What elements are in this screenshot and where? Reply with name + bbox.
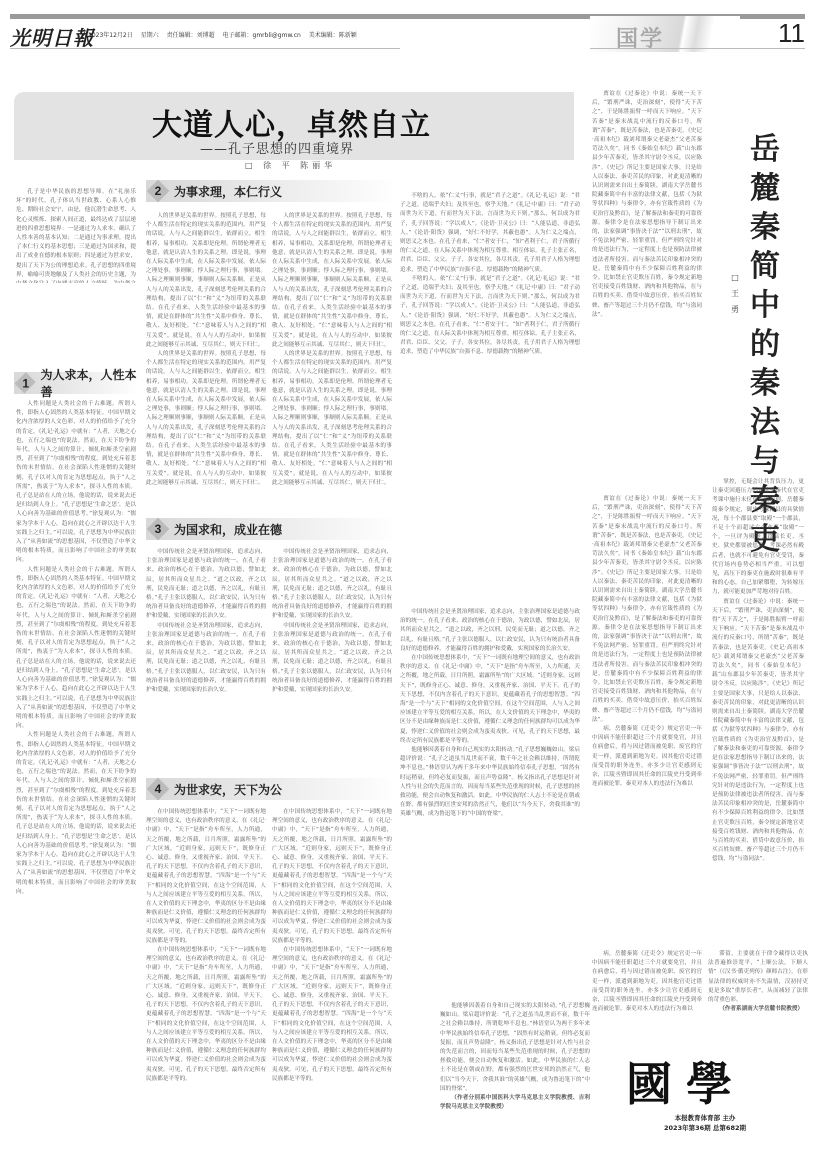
masthead-rule	[10, 48, 400, 49]
colophon-host: 本报教育体育部 主办	[640, 1113, 770, 1123]
issue-date: 2023年12月2日	[88, 32, 133, 39]
section-number-badge: 3	[147, 518, 170, 541]
section-2-text-a: 人的世界是关系的世界。按照孔子思想，每个人都生活在特定的现实关系的范围内。用严复…	[146, 212, 266, 508]
responsible-editor: 责任编辑：刘博超	[167, 32, 215, 39]
section-paragraph: 在中国传统思想体系中，“天下”一词既有地理空间的意义，也有政治秩序的意义。在《礼…	[272, 808, 392, 946]
section-title: 为世求安，天下为公	[174, 781, 282, 798]
newspaper-logo: 光明日報	[10, 22, 94, 51]
art-editor: 美术编辑：陈新颖	[309, 32, 357, 39]
side-article-col2: 掌控，无疑会让其背负压力，更让秦吏回避压力的可能是秦代在官吏考课中施行末位惩处的…	[712, 478, 804, 968]
section-paragraph: 人的世界是关系的世界。按照孔子思想，每个人都生活在特定的现实关系的范围内。用严复…	[272, 350, 392, 488]
masthead-meta: 2023年12月2日 星期六 责任编辑：刘博超 电子邮箱：gmrbli@gmw.…	[88, 30, 363, 39]
article-paragraph: 在中国传统思想体系中，“天下”一词既有地理空间的意义，也有政治秩序的意义。在《礼…	[400, 654, 580, 746]
main-article-byline: □ 徐 平 陈丽华	[245, 160, 336, 171]
section-paragraph: 人的世界是关系的世界。按照孔子思想，每个人都生活在特定的现实关系的范围内。用严复…	[146, 212, 266, 350]
section-heading-3: 3 为国求和，成业在德	[146, 518, 396, 540]
main-article-col4-mid: 中国传统社会是圣贤治理国家，追求志向，主张治理国家是道德与政治的统一。在孔子看来…	[400, 608, 580, 1018]
issue-weekday: 星期六	[141, 32, 159, 39]
article-paragraph: 他能够因袭着自身和自己现实的太阳转动。”孔子思想巍巍如山。梁启超评价说：“孔子之…	[400, 746, 580, 820]
side-article-col1-cont: 贾谊在《过秦论》中说：秦统一天下后，“繁刑严诛，吏治深刻”，使得“天下苦之”，于…	[592, 495, 702, 965]
section-paragraph: 人性问题是人类社会的千古难题。所谓人性，即指人心固然的人类基本特征。中国早期文化…	[16, 400, 136, 566]
main-author-note: （作者分别系中国医科大学马克思主义学院教授、吉利学院马克思主义学院教授）	[440, 1094, 590, 1112]
article-paragraph: 他能够因袭着自身和自己现实的太阳转动。”孔子思想巍巍如山。梁启超评价说：“孔子之…	[440, 1002, 590, 1094]
editor-email: 电子邮箱：gmrbli@gmw.cn	[223, 32, 301, 39]
section-paragraph: 在中国传统思想体系中，“天下”一词既有地理空间的意义，也有政治秩序的意义。在《礼…	[146, 808, 266, 946]
side-article-paragraph: 贾谊在《过秦论》中说：秦统一天下后，“繁刑严诛，吏治深刻”，使得“天下苦之”，于…	[592, 90, 702, 320]
section-title: 为人求本，人性本善	[40, 366, 138, 400]
article-paragraph: 中国传统社会是圣贤治理国家，追求志向，主张治理国家是道德与政治的统一。在孔子看来…	[400, 608, 580, 654]
section-2-text-b: 人的世界是关系的世界。按照孔子思想，每个人都生活在特定的现实关系的范围内。用严复…	[272, 212, 392, 508]
section-paragraph: 人的世界是关系的世界。按照孔子思想，每个人都生活在特定的现实关系的范围内。用严复…	[146, 350, 266, 488]
section-number-badge: 1	[14, 372, 36, 394]
section-number-badge: 2	[147, 180, 170, 203]
section-heading-1: 1 为人求本，人性本善	[14, 372, 138, 394]
side-article-col1: 贾谊在《过秦论》中说：秦统一天下后，“繁刑严诛，吏治深刻”，使得“天下苦之”，于…	[592, 90, 702, 495]
article-paragraph: 不啥的人。依“仁义”行事，就是“君子之道”。《礼记·礼运》说：“君子之道，造端乎…	[400, 275, 580, 358]
masthead: 光明日報 2023年12月2日 星期六 责任编辑：刘博超 电子邮箱：gmrbli…	[10, 22, 805, 46]
side-article-paragraph: 病，岳麓秦简《迁吏令》规定官吏一年中因病不能任职超过三个月就要免官，并且在病愈后…	[592, 950, 702, 1014]
side-article-paragraph: 滞留，主要就在于律令藏得以吏执法普遍推崇宽平，“上顺公法，下顺人情”（《汉书·循…	[708, 950, 808, 1005]
side-article-byline: □ 王 勇	[729, 270, 741, 318]
side-article-paragraph: 掌控，无疑会让其背负压力，更让秦吏回避压力的可能是秦代在官吏考课中施行末位惩处的…	[712, 478, 804, 598]
section-3-text-b: 中国传统社会是圣贤治理国家，追求志向，主张治理国家是道德与政治的统一。在孔子看来…	[272, 548, 392, 770]
article-paragraph: 不啥的人。依“仁义”行事，就是“君子之道”。《礼记·礼运》说：“君子之道，造端乎…	[400, 192, 580, 275]
side-article-bottom-right: 滞留，主要就在于律令藏得以吏执法普遍推崇宽平，“上顺公法，下顺人情”（《汉书·循…	[708, 950, 808, 1030]
side-article-bottom-left: 病，岳麓秦简《迁吏令》规定官吏一年中因病不能任职超过三个月就要免官，并且在病愈后…	[592, 950, 702, 1030]
section-4-text-b: 在中国传统思想体系中，“天下”一词既有地理空间的意义，也有政治秩序的意义。在《礼…	[272, 808, 392, 1138]
main-article-col4-top: 不啥的人。依“仁义”行事，就是“君子之道”。《礼记·礼运》说：“君子之道，造端乎…	[400, 192, 580, 602]
section-heading-4: 4 为世求安，天下为公	[146, 778, 396, 800]
side-author-note: （作者系湖南大学岳麓书院教授）	[708, 1005, 808, 1014]
section-paragraph: 中国传统社会是圣贤治理国家，追求志向，主张治理国家是道德与政治的统一。在孔子看来…	[146, 622, 266, 696]
main-article-ending: 他能够因袭着自身和自己现实的太阳转动。”孔子思想巍巍如山。梁启超评价说：“孔子之…	[440, 1002, 590, 1127]
side-article-paragraph: 病，岳麓秦简《迁吏令》规定官吏一年中因病不能任职超过三个月就要免官，并且在病愈后…	[592, 725, 702, 789]
section-paragraph: 在中国传统思想体系中，“天下”一词既有地理空间的意义，也有政治秩序的意义。在《礼…	[272, 946, 392, 1084]
section-paragraph: 人的世界是关系的世界。按照孔子思想，每个人都生活在特定的现实关系的范围内。用严复…	[272, 212, 392, 350]
section-paragraph: 中国传统社会是圣贤治理国家，追求志向，主张治理国家是道德与政治的统一。在孔子看来…	[272, 548, 392, 622]
section-tab-decoration	[590, 16, 740, 52]
section-paragraph: 人性问题是人类社会的千古难题。所谓人性，即指人心固然的人类基本特征。中国早期文化…	[16, 731, 136, 897]
section-3-text-a: 中国传统社会是圣贤治理国家，追求志向，主张治理国家是道德与政治的统一。在孔子看来…	[146, 548, 266, 770]
side-article-paragraph: 贾谊在《过秦论》中说：秦统一天下后，“繁刑严诛，吏治深刻”，使得“天下苦之”，于…	[592, 495, 702, 725]
page-number: 11	[778, 18, 805, 49]
section-heading-2: 2 为事求理，本仁行义	[146, 180, 396, 202]
section-paragraph: 在中国传统思想体系中，“天下”一词既有地理空间的意义，也有政治秩序的意义。在《礼…	[146, 946, 266, 1084]
section-1-text: 人性问题是人类社会的千古难题。所谓人性，即指人心固然的人类基本特征。中国早期文化…	[16, 400, 136, 1130]
guoxue-calligraphy-logo: 國學	[626, 1048, 746, 1114]
section-4-text-a: 在中国传统思想体系中，“天下”一词既有地理空间的意义，也有政治秩序的意义。在《礼…	[146, 808, 266, 1138]
colophon-issue: 2023年第36期 总第682期	[640, 1123, 770, 1133]
side-article-paragraph: 贾谊在《过秦论》中说：秦统一天下后，“繁刑严诛，吏治深刻”，使得“天下苦之”，于…	[712, 598, 804, 865]
section-title: 为国求和，成业在德	[174, 521, 282, 538]
section-paragraph: 人性问题是人类社会的千古难题。所谓人性，即指人心固然的人类基本特征。中国早期文化…	[16, 566, 136, 732]
masthead-rule-right	[590, 48, 805, 49]
main-article-subtitle: ——孔子思想的四重境界	[200, 138, 354, 157]
intro-paragraph: 孔子是中华民族的思想导师。在“礼崩乐坏”的时代，孔子体认当世政教、心系人心惟危、…	[16, 188, 136, 283]
section-paragraph: 中国传统社会是圣贤治理国家，追求志向，主张治理国家是道德与政治的统一。在孔子看来…	[146, 548, 266, 622]
section-title: 为事求理，本仁行义	[174, 183, 282, 200]
colophon: 本报教育体育部 主办 2023年第36期 总第682期	[640, 1113, 770, 1133]
section-paragraph: 中国传统社会是圣贤治理国家，追求志向，主张治理国家是道德与政治的统一。在孔子看来…	[272, 622, 392, 696]
section-number-badge: 4	[147, 778, 170, 801]
intro-text: 孔子是中华民族的思想导师。在“礼崩乐坏”的时代，孔子体认当世政教、心系人心惟危、…	[16, 188, 136, 283]
